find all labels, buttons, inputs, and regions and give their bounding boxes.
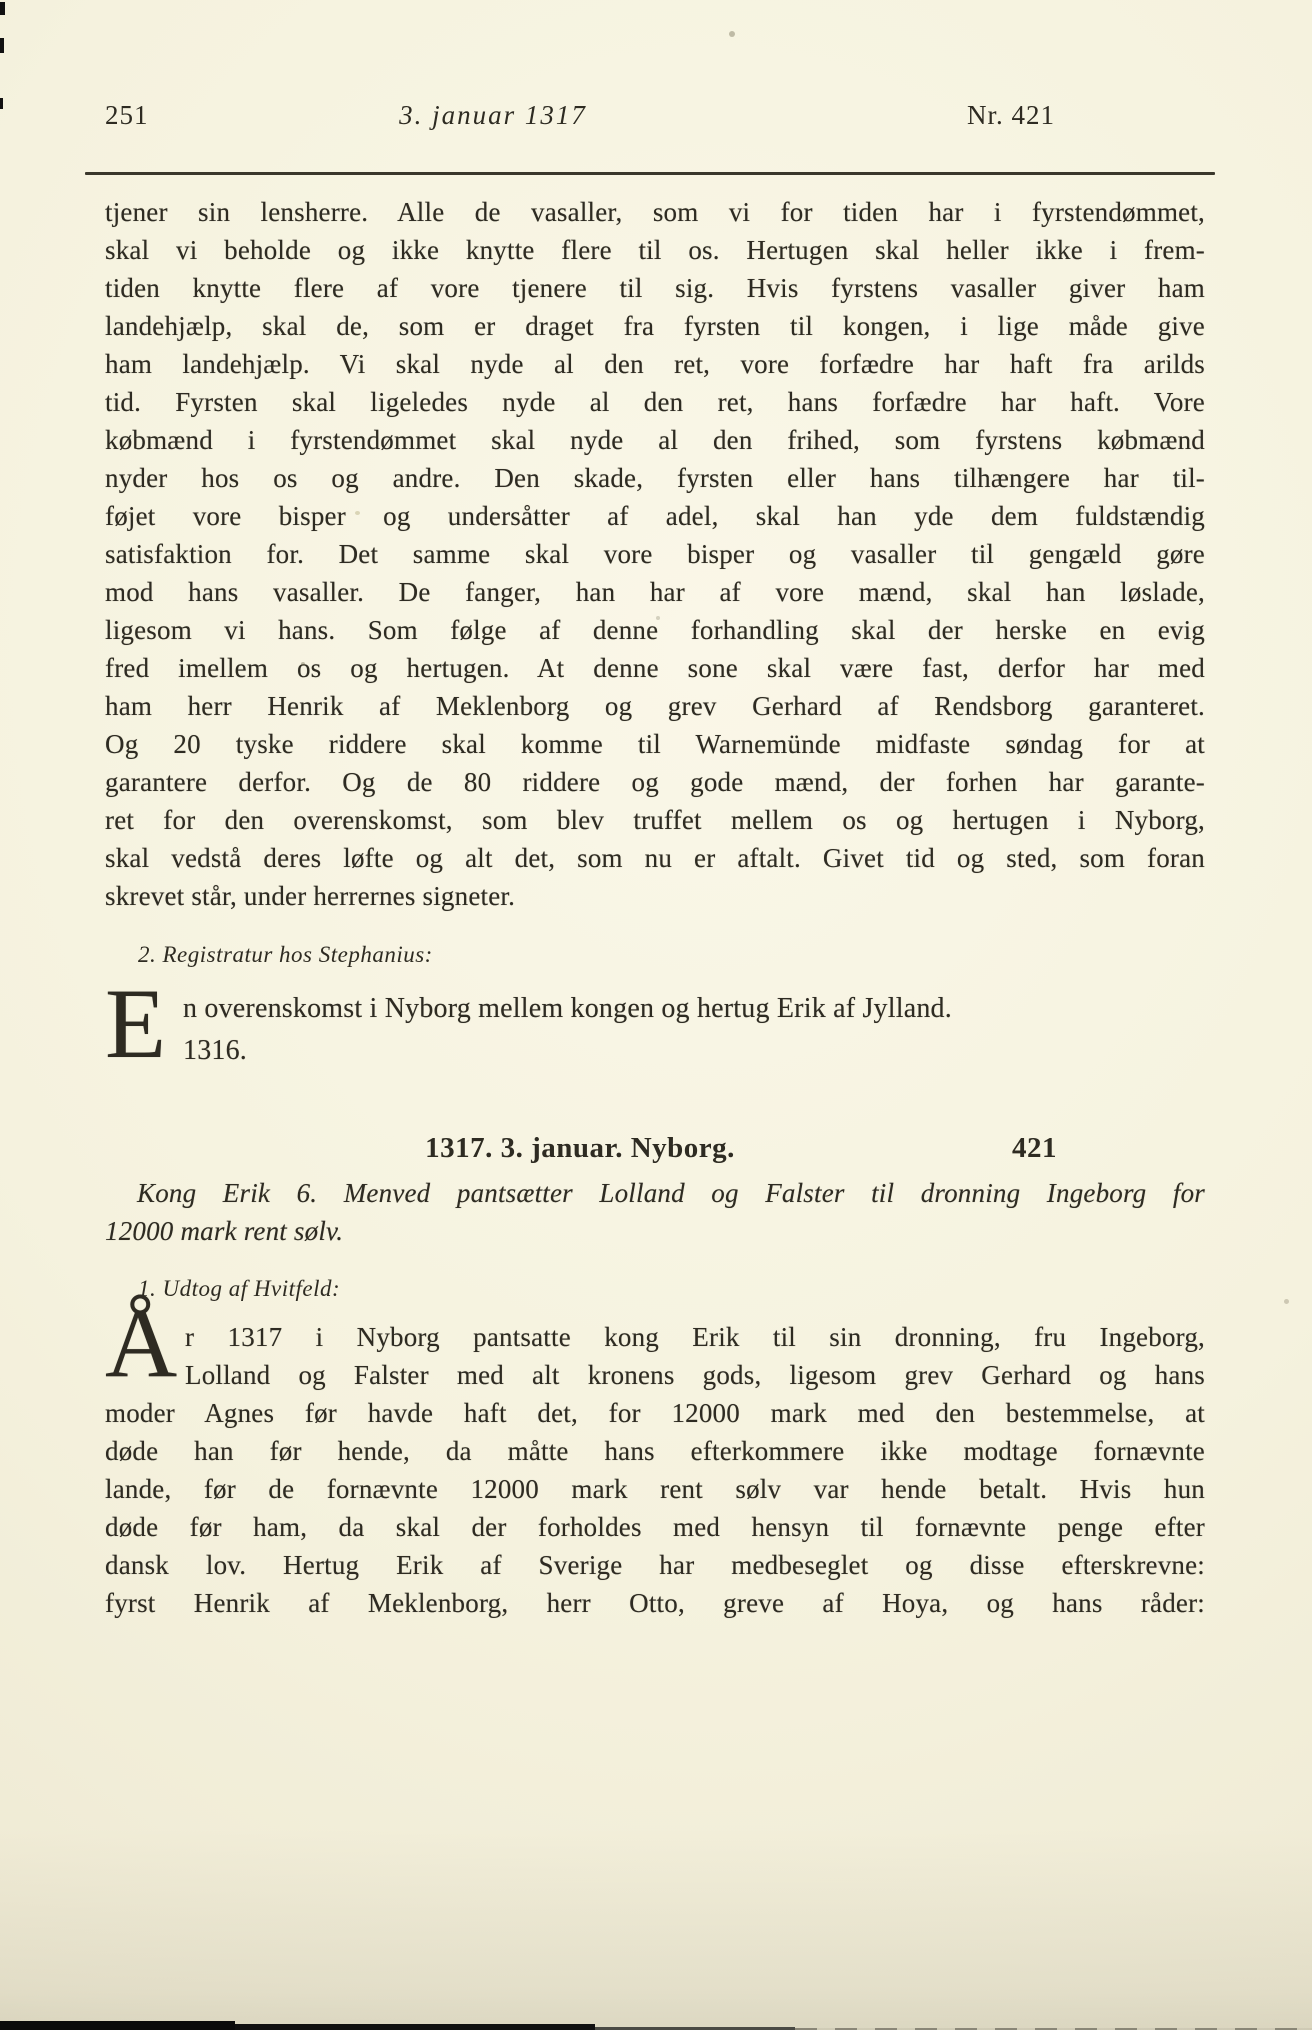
excerpt-line: døde han før hende, da måtte hans efterk… [105, 1432, 1205, 1470]
entry-heading-number: 421 [1012, 1132, 1057, 1165]
regest-paragraph: Kong Erik 6. Menved pantsætter Lolland o… [105, 1174, 1205, 1250]
treaty-text-line: føjet vore bisper og undersåtter af adel… [105, 497, 1205, 535]
excerpt-line: moder Agnes før havde haft det, for 1200… [105, 1394, 1205, 1432]
treaty-text-line: skal vedstå deres løfte og alt det, som … [105, 839, 1205, 877]
registratur-year-line: 1316. [183, 1030, 1205, 1072]
treaty-text-line: tid. Fyrsten skal ligeledes nyde al den … [105, 383, 1205, 421]
excerpt-line: r 1317 i Nyborg pantsatte kong Erik til … [185, 1318, 1205, 1356]
treaty-text-last-line: skrevet står, under herrernes signeter. [105, 877, 1205, 915]
treaty-text-line: mod hans vasaller. De fanger, han har af… [105, 573, 1205, 611]
treaty-text-line: ligesom vi hans. Som følge af denne forh… [105, 611, 1205, 649]
registratur-line: n overenskomst i Nyborg mellem kongen og… [183, 988, 1205, 1030]
treaty-text-line: ret for den overenskomst, som blev truff… [105, 801, 1205, 839]
page-header: 251 3. januar 1317 Nr. 421 [105, 100, 1205, 131]
paper-speck [301, 662, 305, 666]
running-head-entry-ref: Nr. 421 [945, 100, 1205, 131]
excerpt-line: lande, før de fornævnte 12000 mark rent … [105, 1470, 1205, 1508]
treaty-text-line: købmænd i fyrstendømmet skal nyde al den… [105, 421, 1205, 459]
treaty-text-line: tjener sin lensherre. Alle de vasaller, … [105, 193, 1205, 231]
excerpt-line: Lolland og Falster med alt kronens gods,… [185, 1356, 1205, 1394]
paper-speck [656, 616, 660, 620]
excerpt-line: dansk lov. Hertug Erik af Sverige har me… [105, 1546, 1205, 1584]
scan-bottom-edge-segment [0, 2021, 235, 2030]
book-page: 251 3. januar 1317 Nr. 421 tjener sin le… [0, 0, 1312, 2030]
treaty-text-line: ham herr Henrik af Meklenborg og grev Ge… [105, 687, 1205, 725]
running-head-date: 3. januar 1317 [133, 100, 853, 131]
treaty-text-line: ham landehjælp. Vi skal nyde al den ret,… [105, 345, 1205, 383]
scan-bottom-edge-segment [235, 2024, 595, 2030]
registratur-heading: 2. Registratur hos Stephanius: [138, 942, 433, 968]
registratur-paragraph: E n overenskomst i Nyborg mellem kongen … [105, 988, 1205, 1072]
treaty-text-line: satisfaktion for. Det samme skal vore bi… [105, 535, 1205, 573]
excerpt-line: døde før ham, da skal der forholdes med … [105, 1508, 1205, 1546]
treaty-text-line: skal vi beholde og ikke knytte flere til… [105, 231, 1205, 269]
registratur-dropcap: E [105, 982, 166, 1066]
header-rule [85, 172, 1215, 175]
scan-edge-mark [0, 38, 4, 53]
treaty-text-line: nyder hos os og andre. Den skade, fyrste… [105, 459, 1205, 497]
excerpt-paragraph: Å r 1317 i Nyborg pantsatte kong Erik ti… [105, 1318, 1205, 1622]
treaty-text-line: garantere derfor. Og de 80 riddere og go… [105, 763, 1205, 801]
regest-line: 12000 mark rent sølv. [105, 1212, 1205, 1250]
excerpt-dropcap: Å [105, 1288, 177, 1398]
treaty-text-line: fred imellem os og hertugen. At denne so… [105, 649, 1205, 687]
treaty-text-block: tjener sin lensherre. Alle de vasaller, … [105, 193, 1205, 915]
paper-speck [355, 511, 360, 515]
scan-edge-mark [0, 2, 5, 15]
paper-speck [1284, 1299, 1289, 1304]
excerpt-line: fyrst Henrik af Meklenborg, herr Otto, g… [105, 1584, 1205, 1622]
treaty-text-line: landehjælp, skal de, som er draget fra f… [105, 307, 1205, 345]
scan-edge-mark [0, 98, 3, 109]
regest-line: Kong Erik 6. Menved pantsætter Lolland o… [105, 1174, 1205, 1212]
treaty-text-line: Og 20 tyske riddere skal komme til Warne… [105, 725, 1205, 763]
entry-heading-row: 1317. 3. januar. Nyborg. 421 [105, 1132, 1205, 1165]
paper-speck [729, 31, 735, 37]
treaty-text-line: tiden knytte flere af vore tjenere til s… [105, 269, 1205, 307]
entry-heading-date-place: 1317. 3. januar. Nyborg. [30, 1132, 1130, 1165]
scan-bottom-edge [0, 2021, 1312, 2030]
